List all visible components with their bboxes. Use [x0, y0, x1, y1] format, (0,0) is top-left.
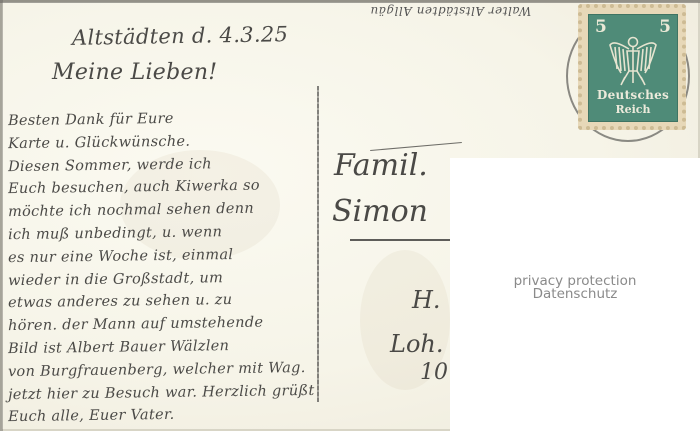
- center-divider-line: [317, 86, 319, 402]
- place-date: Altstädten d. 4.3.25: [72, 22, 289, 50]
- address-line-4: Loh.: [390, 330, 443, 358]
- sender-note-upside-down: Walter Altstädten Allgäu: [370, 4, 531, 18]
- stamp-caption-line-1: Deutsches: [589, 88, 677, 102]
- privacy-label-line-2: Datenschutz: [450, 288, 700, 301]
- postcard: Walter Altstädten Allgäu Altstädten d. 4…: [0, 0, 700, 431]
- stamp-value-right: 5: [659, 17, 671, 37]
- stamp-caption-line-2: Reich: [589, 103, 677, 116]
- message-line: Euch alle, Euer Vater.: [8, 402, 320, 429]
- stamp-perforation: 5 5 Deutsches Reich: [578, 4, 686, 130]
- card-edge-left: [0, 0, 3, 431]
- address-line-1: Famil.: [334, 148, 428, 183]
- privacy-mask: privacy protection Datenschutz: [450, 158, 700, 431]
- postage-stamp: 5 5 Deutsches Reich: [578, 4, 694, 132]
- address-underline: [350, 239, 450, 241]
- eagle-icon: [607, 33, 659, 87]
- greeting: Meine Lieben!: [52, 60, 217, 85]
- stamp-value-left: 5: [595, 17, 607, 37]
- message-body: Besten Dank für Eure Karte u. Glückwünsc…: [8, 108, 320, 427]
- address-line-2: Simon: [332, 194, 428, 229]
- address-line-3: H.: [412, 286, 441, 314]
- card-edge-top: [0, 0, 700, 3]
- stamp-face: 5 5 Deutsches Reich: [588, 14, 678, 122]
- privacy-label: privacy protection Datenschutz: [450, 275, 700, 301]
- address-line-5: 10: [420, 360, 448, 385]
